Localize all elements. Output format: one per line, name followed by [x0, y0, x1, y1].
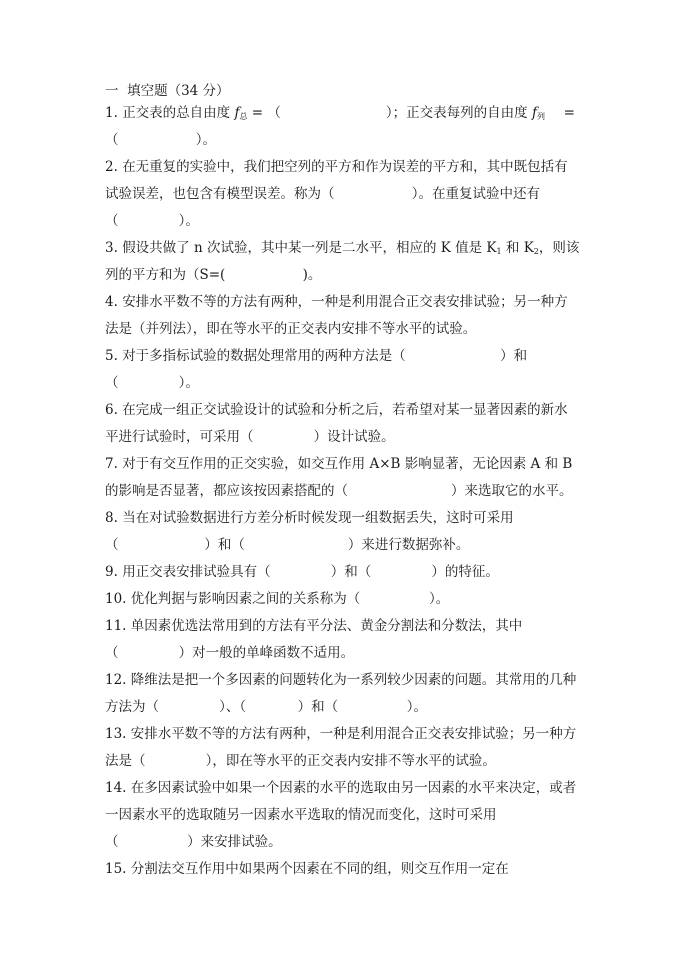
question-12-line-1: 12. 降维法是把一个多因素的问题转化为一系列较少因素的问题。其常用的几种	[105, 671, 576, 689]
question-6-line-2: 平进行试验时，可采用（ ）设计试验。	[105, 428, 395, 446]
question-7-line-2: 的影响是否显著，都应该按因素搭配的（ ）来选取它的水平。	[105, 482, 573, 500]
question-number: 3.	[105, 240, 118, 256]
question-number: 11.	[105, 618, 126, 634]
question-13-line-2: 法是（ ），即在等水平的正交表内安排不等水平的试验。	[105, 752, 496, 770]
question-number: 14.	[105, 780, 126, 796]
question-number: 6.	[105, 402, 118, 418]
question-number: 13.	[105, 726, 126, 742]
question-number: 8.	[105, 510, 118, 526]
question-5-line-1: 5. 对于多指标试验的数据处理常用的两种方法是（ ）和	[105, 347, 527, 365]
question-10-line-1: 10. 优化判据与影响因素之间的关系称为（ ）。	[105, 590, 449, 608]
question-13-line-1: 13. 安排水平数不等的方法有两种，一种是利用混合正交表安排试验；另一种方	[105, 725, 576, 743]
question-number: 10.	[105, 591, 126, 607]
question-14-line-1: 14. 在多因素试验中如果一个因素的水平的选取由另一因素的水平来决定，或者	[105, 779, 576, 797]
question-11-line-2: （ ）对一般的单峰函数不适用。	[105, 644, 354, 662]
question-number: 12.	[105, 672, 126, 688]
question-2-line-1: 2. 在无重复的实验中，我们把空列的平方和作为误差的平方和，其中既包括有	[105, 158, 568, 176]
question-3-line-2: 列的平方和为（S=( )。	[105, 266, 321, 284]
question-2-line-3: （ ）。	[105, 212, 199, 230]
question-number: 1.	[105, 105, 118, 121]
question-8-line-1: 8. 当在对试验数据进行方差分析时候发现一组数据丢失，这时可采用	[105, 509, 514, 527]
question-2-line-2: 试验误差，也包含有模型误差。称为（ ）。在重复试验中还有	[105, 185, 540, 203]
question-1-line-2: （ ）。	[105, 131, 216, 149]
section-title: 一 填空题（34 分）	[105, 82, 230, 100]
question-15-line-1: 15. 分割法交互作用中如果两个因素在不同的组，则交互作用一定在	[105, 860, 509, 878]
question-9-line-1: 9. 用正交表安排试验具有（ ）和（ ）的特征。	[105, 563, 499, 581]
question-7-line-1: 7. 对于有交互作用的正交实验，如交互作用 A×B 影响显著，无论因素 A 和 …	[105, 455, 572, 473]
question-number: 2.	[105, 159, 118, 175]
question-4-line-2: 法是（并列法），即在等水平的正交表内安排不等水平的试验。	[105, 320, 476, 338]
question-5-line-2: （ ）。	[105, 374, 199, 392]
question-6-line-1: 6. 在完成一组正交试验设计的试验和分析之后，若希望对某一显著因素的新水	[105, 401, 568, 419]
question-number: 5.	[105, 348, 118, 364]
question-1-line-1: 1. 正交表的总自由度 f总 = （）；正交表每列的自由度 f列 =	[105, 104, 575, 126]
question-number: 15.	[105, 861, 126, 877]
question-14-line-2: 一因素水平的选取随另一因素水平选取的情况而变化，这时可采用	[105, 806, 497, 824]
question-number: 4.	[105, 294, 118, 310]
question-8-line-2: （ ）和（ ）来进行数据弥补。	[105, 536, 469, 554]
question-11-line-1: 11. 单因素优选法常用到的方法有平分法、黄金分割法和分数法，其中	[105, 617, 522, 635]
question-12-line-2: 方法为（ ）、（ ）和（ ）。	[105, 698, 427, 716]
question-number: 7.	[105, 456, 118, 472]
question-number: 9.	[105, 564, 118, 580]
question-4-line-1: 4. 安排水平数不等的方法有两种，一种是利用混合正交表安排试验；另一种方	[105, 293, 568, 311]
question-3-line-1: 3. 假设共做了 n 次试验，其中某一列是二水平，相应的 K 值是 K1 和 K…	[105, 239, 579, 261]
question-14-line-3: （ ）来安排试验。	[105, 833, 282, 851]
